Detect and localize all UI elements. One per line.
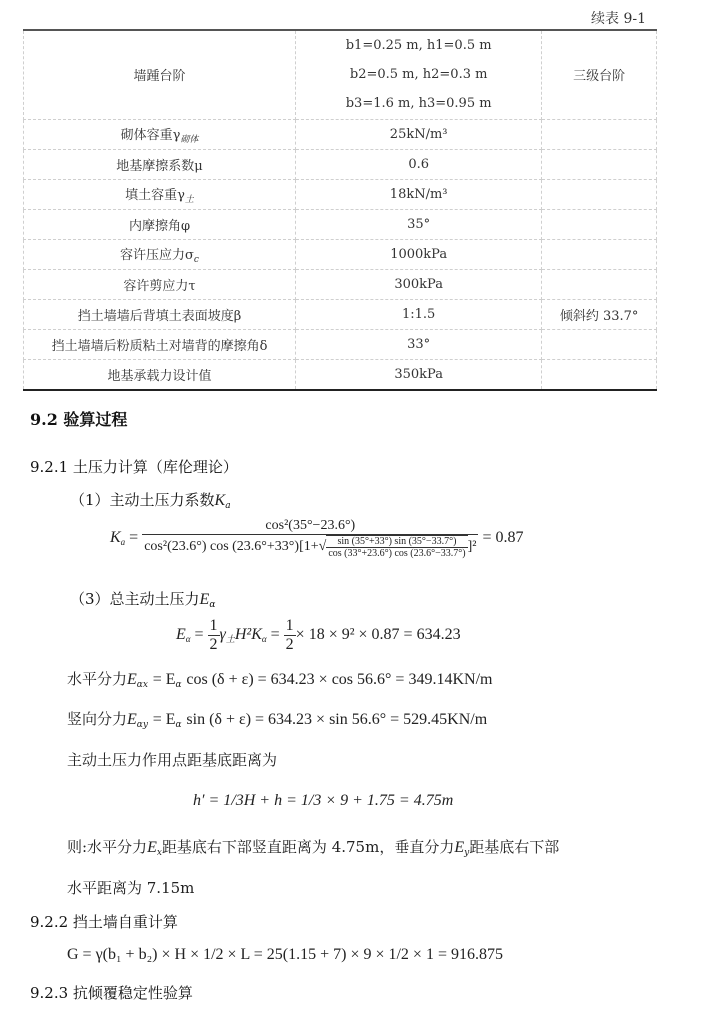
frac-den: 2: [208, 636, 220, 654]
expr-sub: α: [176, 680, 182, 690]
table-row: 墙踵台阶 b1=0.25 m, h1=0.5 m b2=0.5 m, h2=0.…: [24, 30, 657, 119]
param-note: [542, 119, 657, 149]
ka-result: = 0.87: [482, 529, 523, 546]
expr: = E: [153, 671, 176, 688]
param-note: [542, 209, 657, 239]
section-heading: 9.2 验算过程: [30, 407, 127, 430]
expr-rest: sin (δ + ε) = 634.23 × sin 56.6° = 529.4…: [186, 711, 487, 728]
param-value: 0.6: [296, 149, 542, 179]
table-row: 内摩擦角φ 35°: [24, 209, 657, 239]
table-row: 地基承载力设计值 350kPa: [24, 359, 657, 390]
conclusion-line-2: 水平距离为 7.15m: [67, 877, 194, 898]
horizontal-component: 水平分力Eαx = Eα cos (δ + ε) = 634.23 × cos …: [67, 668, 492, 690]
ea-result: × 18 × 9² × 0.87 = 634.23: [296, 626, 461, 643]
param-name: 砌体容重γ砌体: [24, 119, 296, 149]
half-fraction: 12: [284, 617, 296, 654]
table-row: 挡土墙墙后粉质粘土对墙背的摩擦角δ 33°: [24, 329, 657, 359]
param-note: [542, 239, 657, 269]
sqrt-numerator: sin (35°+33°) sin (35°−33.7°): [326, 536, 467, 548]
symbol: E: [147, 839, 157, 856]
expr-rest: cos (δ + ε) = 634.23 × cos 56.6° = 349.1…: [186, 671, 492, 688]
item-label: （1）主动土压力系数: [70, 491, 215, 509]
symbol: E: [200, 591, 210, 608]
item-label: （3）总主动土压力: [70, 590, 200, 608]
text: 距基底右下部竖直距离为 4.75m，垂直分力: [162, 838, 454, 856]
point-text: 主动土压力作用点距基底距离为: [67, 749, 277, 770]
param-note: [542, 149, 657, 179]
item-heading: （3）总主动土压力Eα: [70, 588, 215, 610]
param-value: 300kPa: [296, 269, 542, 299]
param-name-sub: 土: [185, 195, 194, 205]
param-name: 地基摩擦系数μ: [24, 149, 296, 179]
param-name-sub: c: [194, 255, 199, 265]
h2k: H²K: [235, 626, 262, 643]
symbol-sub: αx: [137, 680, 148, 690]
param-name-text: 容许压应力σ: [120, 248, 194, 263]
param-note: [542, 269, 657, 299]
param-name-text: 砌体容重γ: [121, 128, 181, 143]
conclusion-line-1: 则:水平分力Ex距基底右下部竖直距离为 4.75m，垂直分力Ey距基底右下部: [67, 836, 559, 858]
table-caption: 续表 9-1: [591, 8, 646, 28]
k-sub: α: [262, 634, 267, 644]
den-left: cos²(23.6°) cos (23.6°+33°)[1+: [144, 539, 318, 554]
param-note: [542, 179, 657, 209]
param-value: 1000kPa: [296, 239, 542, 269]
param-name: 容许剪应力τ: [24, 269, 296, 299]
param-note: 三级台阶: [542, 30, 657, 119]
param-name: 挡土墙墙后粉质粘土对墙背的摩擦角δ: [24, 329, 296, 359]
label: 水平分力: [67, 670, 127, 688]
param-name-sub: 砌体: [180, 135, 198, 145]
ea-sub: α: [186, 634, 191, 644]
param-value: 350kPa: [296, 359, 542, 390]
param-name: 容许压应力σc: [24, 239, 296, 269]
param-value: b1=0.25 m, h1=0.5 m b2=0.5 m, h2=0.3 m b…: [296, 30, 542, 119]
value-line: b1=0.25 m, h1=0.5 m: [296, 31, 541, 60]
subsection-heading: 9.2.3 抗倾覆稳定性验算: [30, 982, 193, 1003]
table-row: 挡土墙墙后背填土表面坡度β 1:1.5 倾斜约 33.7°: [24, 299, 657, 329]
param-note: [542, 329, 657, 359]
param-value: 1:1.5: [296, 299, 542, 329]
sqrt-fraction: sin (35°+33°) sin (35°−33.7°)cos (33°+23…: [326, 535, 467, 559]
param-value: 35°: [296, 209, 542, 239]
param-name-text: 填土容重γ: [125, 188, 185, 203]
subsection-heading: 9.2.1 土压力计算（库伦理论）: [30, 456, 238, 477]
frac-num: 1: [284, 617, 296, 636]
text: 则:水平分力: [67, 838, 147, 856]
symbol-sub: αy: [137, 720, 148, 730]
text: 距基底右下部: [469, 838, 559, 856]
expr-sub: α: [176, 720, 182, 730]
expr: = E: [153, 711, 176, 728]
symbol: E: [454, 839, 464, 856]
param-name: 填土容重γ土: [24, 179, 296, 209]
parameter-table: 墙踵台阶 b1=0.25 m, h1=0.5 m b2=0.5 m, h2=0.…: [23, 29, 657, 391]
sqrt-denominator: cos (33°+23.6°) cos (23.6°−33.7°): [326, 548, 467, 559]
param-value: 25kN/m³: [296, 119, 542, 149]
param-value: 33°: [296, 329, 542, 359]
subsection-heading: 9.2.2 挡土墙自重计算: [30, 911, 178, 932]
table-row: 填土容重γ土 18kN/m³: [24, 179, 657, 209]
table-row: 容许剪应力τ 300kPa: [24, 269, 657, 299]
param-name: 地基承载力设计值: [24, 359, 296, 390]
label: 竖向分力: [67, 710, 127, 728]
value-line: b2=0.5 m, h2=0.3 m: [296, 60, 541, 89]
value-line: b3=1.6 m, h3=0.95 m: [296, 89, 541, 118]
param-value: 18kN/m³: [296, 179, 542, 209]
half-fraction: 12: [208, 617, 220, 654]
param-name: 内摩擦角φ: [24, 209, 296, 239]
ea-formula: Eα = 12γ土H²Kα = 12× 18 × 9² × 0.87 = 634…: [176, 617, 461, 654]
ea-symbol: E: [176, 626, 186, 643]
ka-numerator: cos²(35°−23.6°): [142, 518, 478, 535]
symbol: E: [127, 671, 137, 688]
ka-formula: Ka = cos²(35°−23.6°) cos²(23.6°) cos (23…: [110, 518, 523, 559]
table-row: 容许压应力σc 1000kPa: [24, 239, 657, 269]
symbol: K: [215, 492, 226, 509]
g-formula: G = γ(b₁ + b₂) × H × 1/2 × L = 25(1.15 +…: [67, 946, 503, 964]
vertical-component: 竖向分力Eαy = Eα sin (δ + ε) = 634.23 × sin …: [67, 708, 487, 730]
ka-sub: a: [121, 537, 126, 547]
table-row: 地基摩擦系数μ 0.6: [24, 149, 657, 179]
item-heading: （1）主动土压力系数Ka: [70, 489, 231, 511]
symbol-sub: α: [209, 600, 215, 610]
ka-symbol: K: [110, 529, 121, 546]
frac-den: 2: [284, 636, 296, 654]
symbol-sub: a: [225, 501, 230, 511]
param-name: 墙踵台阶: [24, 30, 296, 119]
param-note: 倾斜约 33.7°: [542, 299, 657, 329]
den-right: ]²: [468, 539, 477, 554]
table-row: 砌体容重γ砌体 25kN/m³: [24, 119, 657, 149]
ka-fraction: cos²(35°−23.6°) cos²(23.6°) cos (23.6°+3…: [142, 518, 478, 559]
gamma-sub: 土: [226, 634, 235, 644]
ka-denominator: cos²(23.6°) cos (23.6°+33°)[1+√sin (35°+…: [142, 535, 478, 559]
symbol: E: [127, 711, 137, 728]
frac-num: 1: [208, 617, 220, 636]
h-formula: h′ = 1/3H + h = 1/3 × 9 + 1.75 = 4.75m: [193, 792, 453, 810]
param-name: 挡土墙墙后背填土表面坡度β: [24, 299, 296, 329]
param-note: [542, 359, 657, 390]
